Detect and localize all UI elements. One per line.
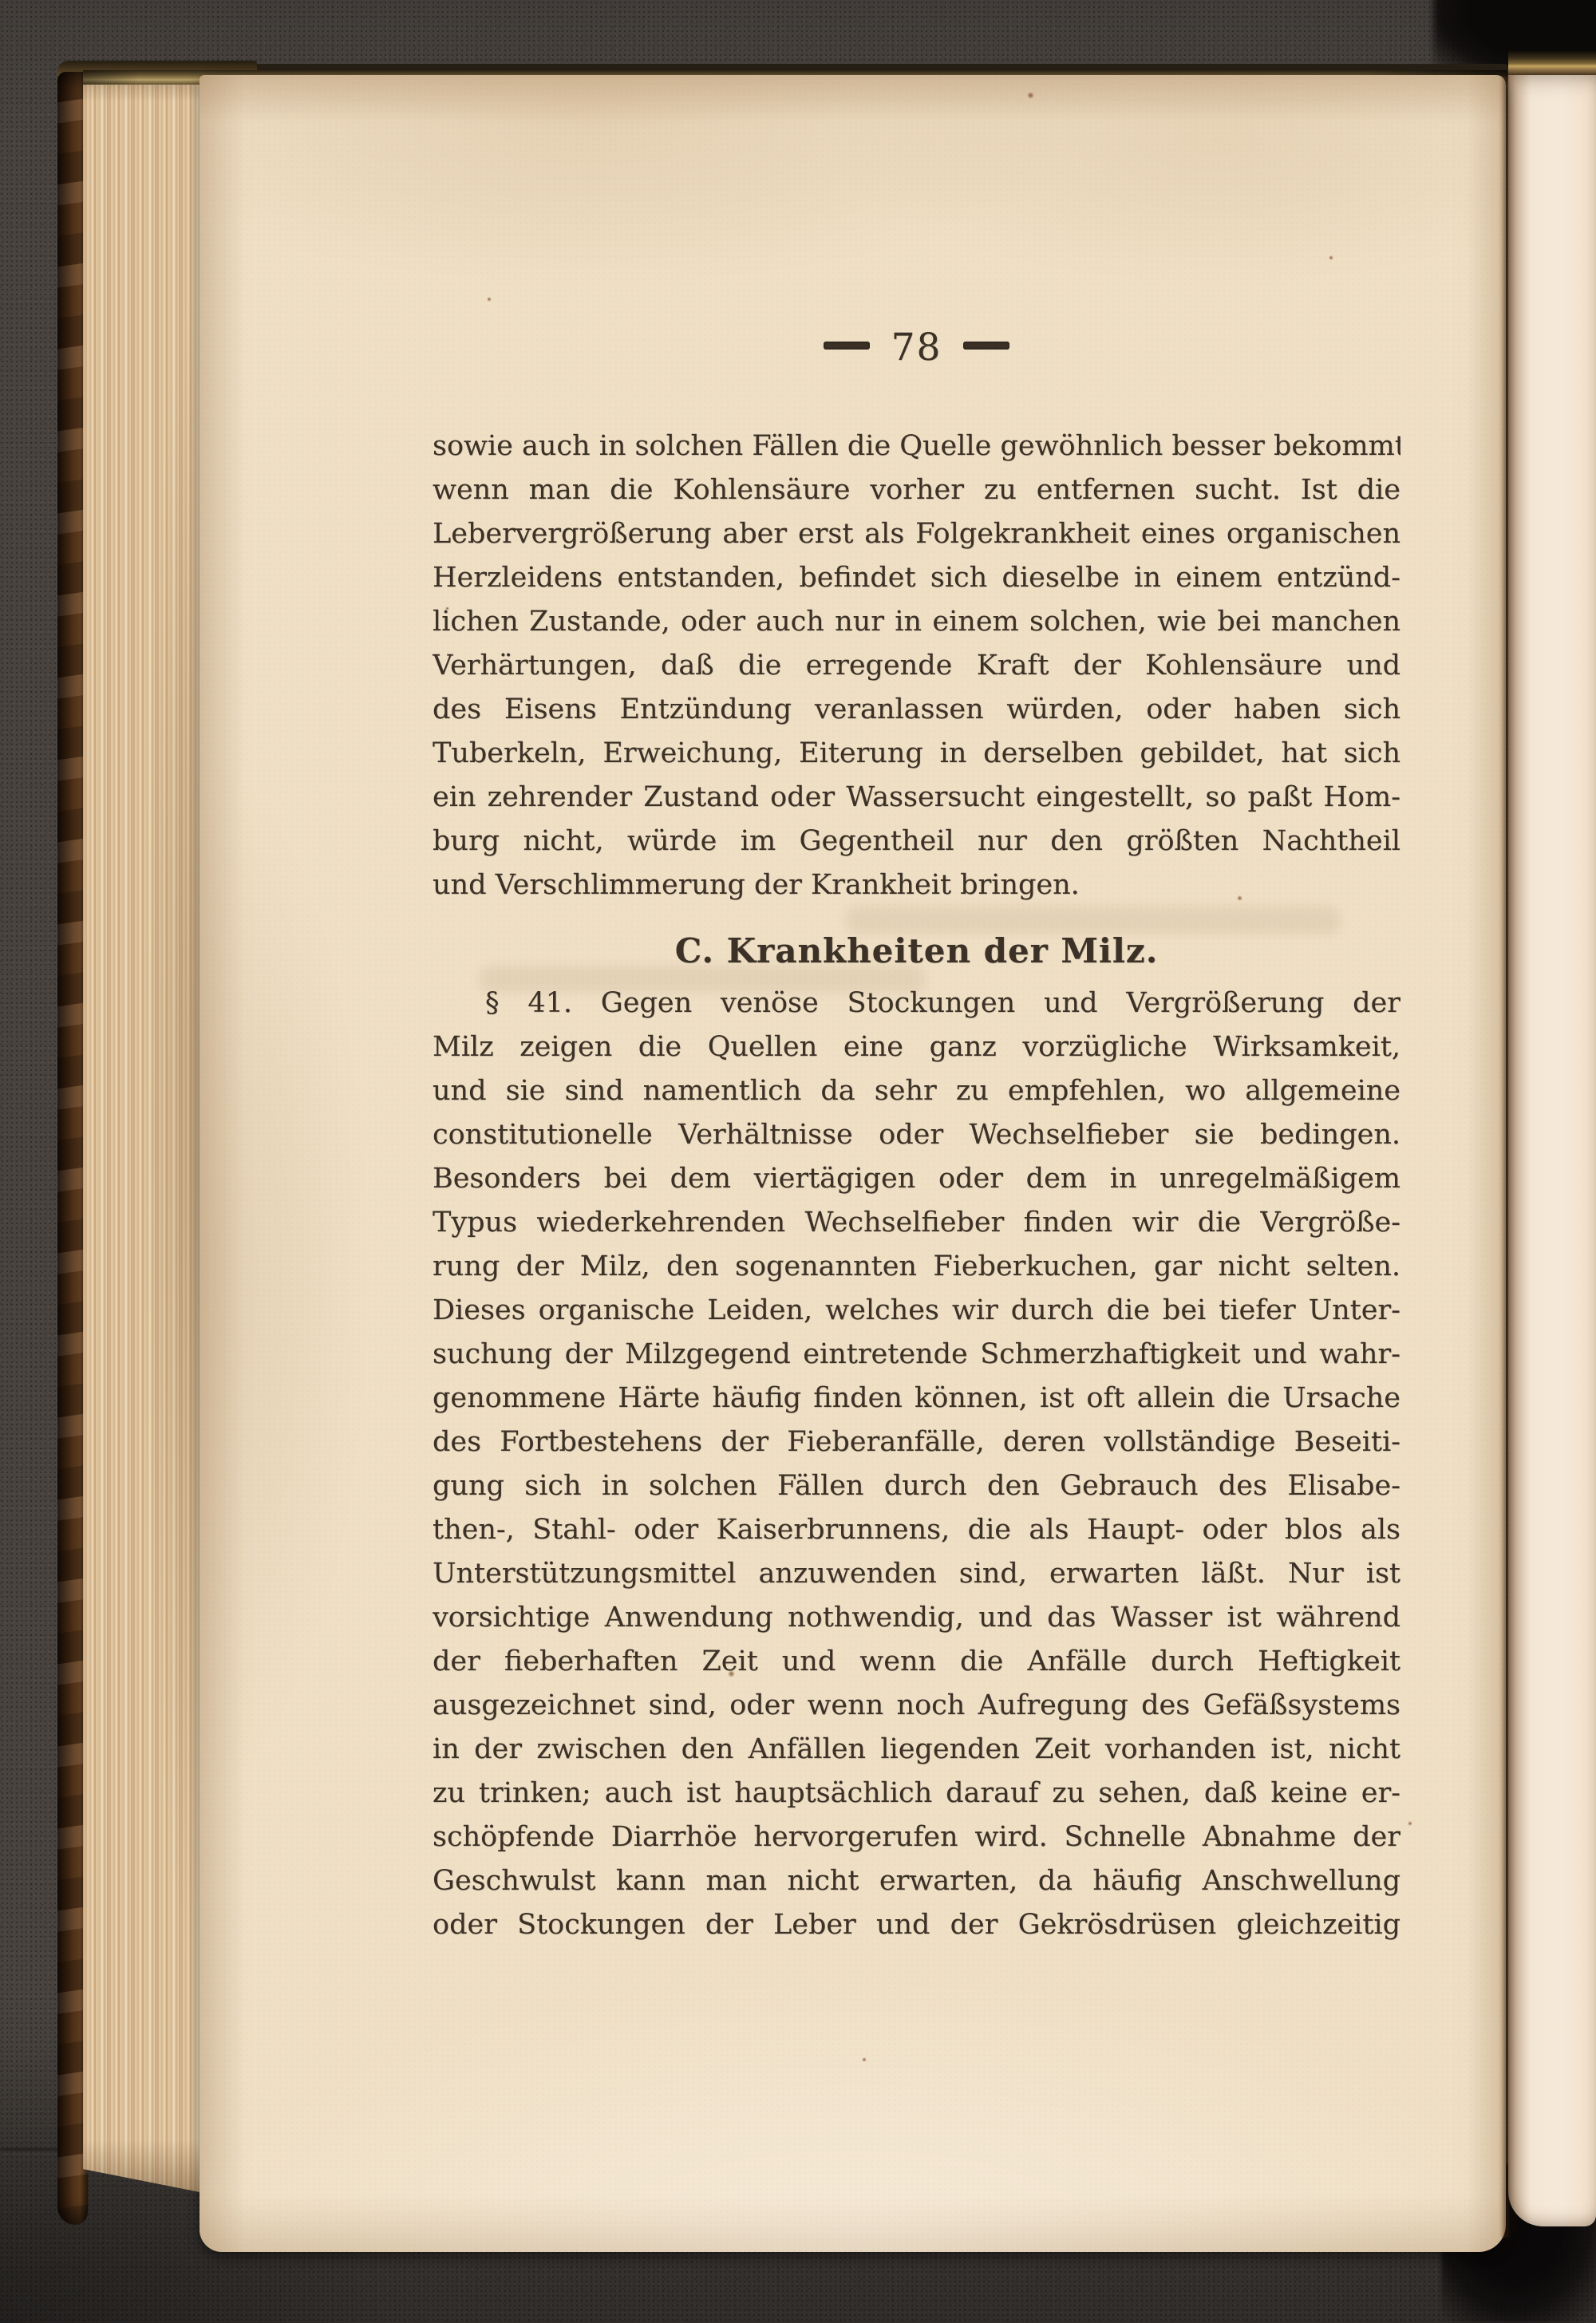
page-fore-edge-stack <box>83 72 201 2195</box>
text-line: gung sich in solchen Fällen durch den Ge… <box>433 1464 1400 1508</box>
text-line: des Fortbestehens der Fieberanfälle, der… <box>433 1420 1400 1464</box>
text-line: Herzleidens entstanden, befindet sich di… <box>433 556 1400 600</box>
text-line: genommene Härte häufig finden können, is… <box>433 1377 1400 1420</box>
text-line: wenn man die Kohlensäure vorher zu entfe… <box>433 468 1400 512</box>
text-line: oder Stockungen der Leber und der Gekrös… <box>433 1903 1400 1947</box>
foxing-speck <box>862 2057 867 2062</box>
text-line: schöpfende Diarrhöe hervorgerufen wird. … <box>433 1815 1400 1859</box>
text-line: zu trinken; auch ist hauptsächlich darau… <box>433 1772 1400 1815</box>
text-line: Verhärtungen, daß die erregende Kraft de… <box>433 644 1400 688</box>
text-line: Dieses organische Leiden, welches wir du… <box>433 1289 1400 1333</box>
text-line: in der zwischen den Anfällen liegenden Z… <box>433 1728 1400 1772</box>
text-line: vorsichtige Anwendung nothwendig, und da… <box>433 1596 1400 1640</box>
header-rule-left: — <box>824 342 870 350</box>
text-line: Tuberkeln, Erweichung, Eiterung in derse… <box>433 732 1400 776</box>
text-line: der fieberhaften Zeit und wenn die Anfäl… <box>433 1640 1400 1684</box>
text-line: then-, Stahl- oder Kaiserbrunnens, die a… <box>433 1508 1400 1552</box>
paragraph-1: sowie auch in solchen Fällen die Quelle … <box>433 425 1400 907</box>
text-line: lichen Zustande, oder auch nur in einem … <box>433 600 1400 644</box>
text-line: und Verschlimmerung der Krankheit bringe… <box>433 863 1400 907</box>
adjacent-page-gilt-top-edge <box>1508 51 1596 75</box>
book-page: —78— sowie auch in solchen Fällen die Qu… <box>199 75 1506 2252</box>
page-number: 78 <box>891 326 942 369</box>
scanned-book-photo: —78— sowie auch in solchen Fällen die Qu… <box>0 0 1596 2323</box>
foxing-speck <box>728 1670 735 1677</box>
adjacent-page-edge <box>1508 70 1596 2226</box>
text-line: constitutionelle Verhältnisse oder Wechs… <box>433 1113 1400 1157</box>
text-line: ein zehrender Zustand oder Wassersucht e… <box>433 776 1400 820</box>
text-line: des Eisens Entzündung veranlassen würden… <box>433 688 1400 732</box>
text-line: Milz zeigen die Quellen eine ganz vorzüg… <box>433 1025 1400 1069</box>
text-line: Geschwulst kann man nicht erwarten, da h… <box>433 1859 1400 1903</box>
page-content: —78— sowie auch in solchen Fällen die Qu… <box>433 75 1400 2252</box>
paragraph-2: § 41. Gegen venöse Stockungen und Vergrö… <box>433 982 1400 1947</box>
text-line: sowie auch in solchen Fällen die Quelle … <box>433 425 1400 468</box>
text-line: suchung der Milzgegend eintretende Schme… <box>433 1333 1400 1377</box>
foxing-speck <box>1237 895 1242 901</box>
text-line: ausgezeichnet sind, oder wenn noch Aufre… <box>433 1684 1400 1728</box>
text-line: Unterstützungsmittel anzuwenden sind, er… <box>433 1552 1400 1596</box>
foxing-speck <box>1329 255 1333 260</box>
text-line: Besonders bei dem viertägigen oder dem i… <box>433 1157 1400 1201</box>
text-line: Lebervergrößerung aber erst als Folgekra… <box>433 512 1400 556</box>
foxing-speck <box>1027 92 1034 99</box>
text-line: § 41. Gegen venöse Stockungen und Vergrö… <box>433 982 1400 1025</box>
text-line: rung der Milz, den sogenannten Fieberkuc… <box>433 1245 1400 1289</box>
page-number-header: —78— <box>433 324 1400 372</box>
text-line: und sie sind namentlich da sehr zu empfe… <box>433 1069 1400 1113</box>
foxing-speck <box>1408 1821 1412 1826</box>
foxing-speck <box>445 606 449 610</box>
header-rule-right: — <box>963 342 1009 350</box>
section-heading: C. Krankheiten der Milz. <box>433 927 1400 975</box>
text-line: burg nicht, würde im Gegentheil nur den … <box>433 820 1400 863</box>
text-line: Typus wiederkehrenden Wechselfieber find… <box>433 1201 1400 1245</box>
foxing-speck <box>487 297 492 302</box>
page-crease <box>1499 77 1509 2238</box>
